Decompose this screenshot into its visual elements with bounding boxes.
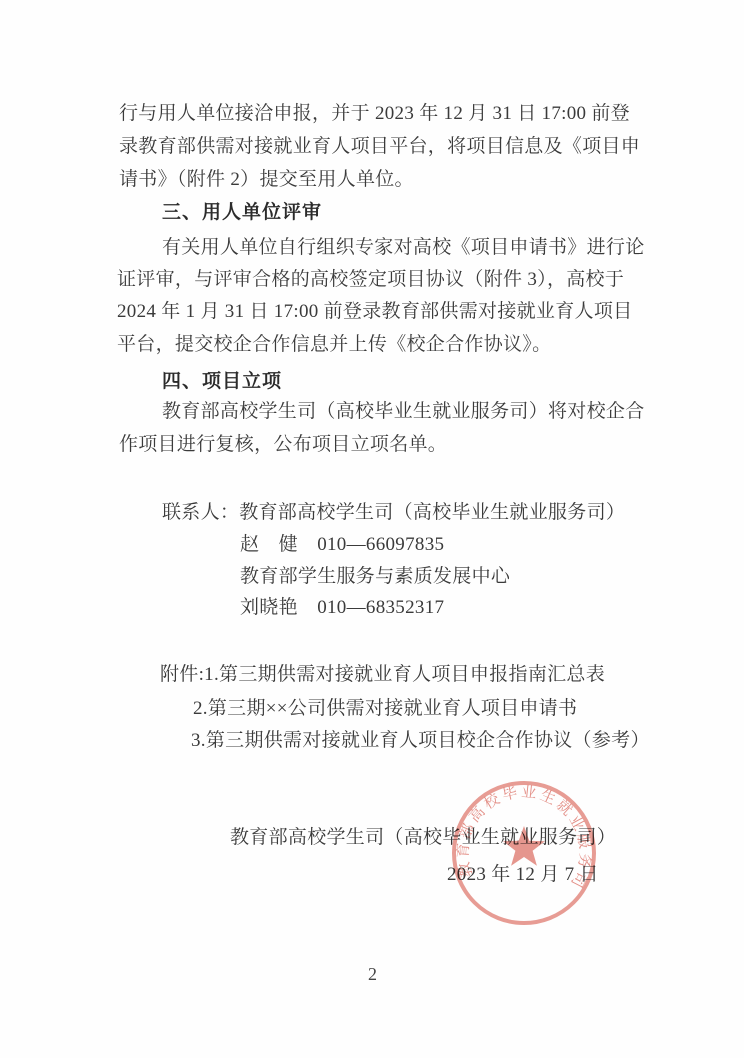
body-line: 证评审，与评审合格的高校签定项目协议（附件 3），高校于 [117,269,624,291]
body-line: 行与用人单位接洽申报，并于 2023 年 12 月 31 日 17:00 前登 [119,103,630,125]
contact-line: 刘晓艳 010—68352317 [240,597,444,619]
date-line: 2023 年 12 月 7 日 [447,864,599,886]
page-number: 2 [368,964,377,985]
body-line: 请书》（附件 2）提交至用人单位。 [119,169,414,191]
body-line: 有关用人单位自行组织专家对高校《项目申请书》进行论 [162,237,645,259]
seal-ring [454,783,594,923]
body-line: 教育部高校学生司（高校毕业生就业服务司）将对校企合 [162,401,645,423]
signature-line: 教育部高校学生司（高校毕业生就业服务司） [230,827,616,849]
body-line: 平台，提交校企合作信息并上传《校企合作协议》。 [117,334,551,356]
section-heading-4: 四、项目立项 [162,371,282,393]
body-line: 2024 年 1 月 31 日 17:00 前登录教育部供需对接就业育人项目 [117,301,632,323]
contact-line: 联系人：教育部高校学生司（高校毕业生就业服务司） [162,502,625,524]
contact-line: 教育部学生服务与素质发展中心 [240,566,510,588]
contact-line: 赵 健 010—66097835 [240,534,444,556]
attachment-line: 附件:1.第三期供需对接就业育人项目申报指南汇总表 [160,664,605,686]
official-seal: 教育部高校毕业生就业服务司 [449,778,599,928]
attachment-line: 3.第三期供需对接就业育人项目校企合作协议（参考） [191,730,650,752]
body-line: 录教育部供需对接就业育人项目平台，将项目信息及《项目申 [119,136,640,158]
document-page: 行与用人单位接洽申报，并于 2023 年 12 月 31 日 17:00 前登 … [0,0,744,1058]
attachment-line: 2.第三期××公司供需对接就业育人项目申请书 [193,698,577,720]
body-line: 作项目进行复核，公布项目立项名单。 [119,434,447,456]
section-heading-3: 三、用人单位评审 [162,202,322,224]
